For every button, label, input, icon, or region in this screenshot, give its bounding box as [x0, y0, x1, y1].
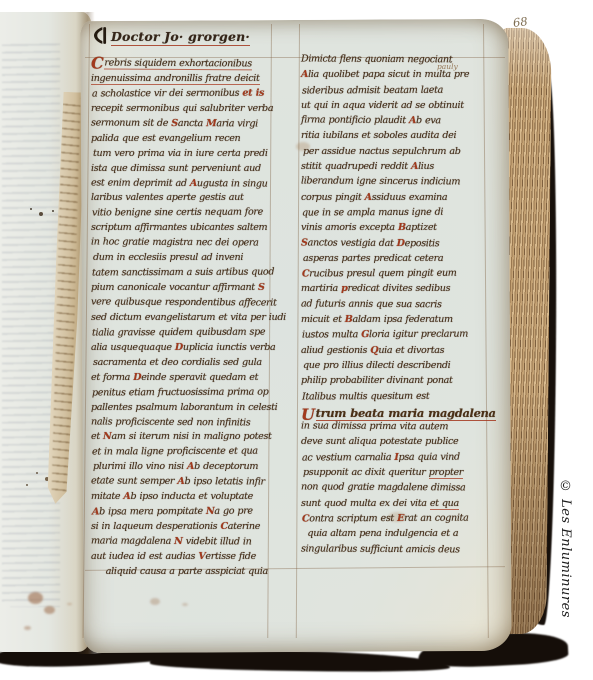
manuscript-text-line: vere quibusque respondentibus affecerit: [91, 296, 271, 312]
manuscript-text-line: Alia quolibet papa sicut in multa pre: [301, 69, 483, 84]
heading-text: Doctor Jo· grorgen·: [111, 29, 250, 46]
manuscript-text-line: si in laqueum desperationis Caterine: [91, 521, 271, 536]
manuscript-text-line: palida que est evangelium recen: [91, 133, 271, 148]
manuscript-text-line: non quod gratie magdalene dimissa: [301, 482, 483, 498]
manuscript-text-line: dum in ecclesiis presul ad inveni: [93, 252, 273, 267]
manuscript-text-line: que in se ampla manus igne di: [302, 206, 484, 222]
manuscript-photo: Doctor Jo· grorgen· 68 pauly Crebris siq…: [0, 0, 593, 680]
manuscript-text-line: plurimi illo vino nisi Ab deceptorum: [93, 461, 273, 476]
manuscript-text-line: est enim deprimit ad Augusta in singu: [91, 177, 271, 193]
manuscript-text-line: et Nam si iterum nisi in maligno potest: [91, 431, 271, 446]
manuscript-text-line: in sua dimissa prima vita autem: [301, 421, 483, 437]
manuscript-text-line: laribus valentes aperte gestis aut: [91, 192, 271, 207]
manuscript-text-line: tum vero prima via in iure certa predi: [93, 148, 273, 163]
manuscript-text-line: singularibus sufficiunt amicis deus: [301, 543, 483, 559]
manuscript-text-line: Utrum beata maria magdalena: [301, 406, 483, 421]
manuscript-text-line: recepit sermonibus qui salubriter verba: [91, 103, 271, 118]
stain: [28, 592, 43, 604]
watermark: © Les Enluminures: [558, 479, 573, 674]
manuscript-text-line: et forma Deinde speravit quedam et: [91, 372, 271, 387]
manuscript-text-line: psupponit ac dixit queritur propter: [303, 467, 485, 482]
manuscript-text-line: corpus pingit Assiduus examina: [301, 192, 483, 207]
stain: [150, 598, 160, 605]
manuscript-text-line: stitit quadrupedi reddit Alius: [301, 161, 483, 176]
manuscript-text-line: a scholastice vir dei sermonibus et is: [92, 87, 272, 103]
manuscript-text-line: Crebris siquidem exhortacionibus: [91, 57, 271, 73]
manuscript-text-line: ritia iubilans et soboles audita dei: [301, 130, 483, 145]
manuscript-text-line: aut iudea id est audias Vertisse fide: [91, 551, 271, 566]
manuscript-text-line: aliquid causa a parte asspiciat quia: [93, 566, 273, 581]
manuscript-text-line: ingenuissima andronillis fratre deicit: [91, 73, 271, 88]
manuscript-text-line: sed dictum evangelistarum et vita per iu…: [91, 312, 271, 327]
manuscript-text-line: liberandum igne sincerus indicium: [301, 176, 483, 192]
manuscript-text-line: iustos multa Gloria igitur preclarum: [302, 329, 484, 345]
manuscript-text-line: Dimicta flens quoniam negociant: [301, 53, 483, 69]
manuscript-text-line: mitate Ab ipso inducta et voluptate: [91, 491, 271, 506]
manuscript-text-line: philip probabiliter divinant ponat: [301, 375, 483, 390]
manuscript-text-line: Ab ipsa mera pompitate Na go pre: [92, 506, 272, 522]
showthrough-text: [2, 42, 60, 607]
manuscript-text-line: pallentes psalmum laborantum in celesti: [91, 402, 271, 417]
manuscript-text-line: penitus etiam fructuosissima prima op: [92, 386, 272, 402]
manuscript-text-line: ad futuris annis que sua sacris: [301, 298, 483, 314]
manuscript-text-line: ut qui in aqua viderit ad se obtinuit: [301, 100, 483, 115]
manuscript-text-line: asperas partes predicat cetera: [303, 253, 485, 268]
left-column: Crebris siquidem exhortacionibusingenuis…: [91, 58, 271, 581]
manuscript-text-line: que pro illius dilecti describendi: [303, 360, 485, 375]
manuscript-text-line: Sanctos vestigia dat Depositis: [301, 237, 483, 253]
manuscript-text-line: scriptum affirmantes ubicantes saltem: [91, 222, 271, 237]
manuscript-text-line: ista que dimissa sunt perveniunt aud: [91, 163, 271, 178]
manuscript-text-line: tialia gravisse quidem quibusdam spe: [92, 326, 272, 342]
manuscript-text-line: deve sunt aliqua potestate publice: [301, 436, 483, 451]
manuscript-text-line: et in mala ligne proficiscente et qua: [92, 446, 272, 462]
manuscript-text-line: firma pontificio plaudit Ab eva: [301, 115, 483, 131]
manuscript-text-line: in hoc gratie magistra nec dei opera: [91, 237, 271, 253]
paraph-icon: [94, 26, 107, 49]
manuscript-text-line: Crucibus presul quem pingit eum: [302, 268, 484, 284]
folio-number: 68: [512, 14, 528, 30]
manuscript-text-line: vinis amoris excepta Baptizet: [301, 222, 483, 237]
manuscript-text-line: pium canonicale vocantur affirmant S: [91, 282, 271, 297]
manuscript-text-line: vitio benigne sine certis nequam fore: [92, 207, 272, 223]
manuscript-text-line: sunt quod multa ex dei vita et qua: [301, 498, 483, 513]
manuscript-text-line: alia usquequaque Duplicia iunctis verba: [91, 342, 271, 357]
manuscript-text-line: micuit et Baldam ipsa federatum: [301, 314, 483, 329]
manuscript-text-line: sacramenta et deo cordialis sed gula: [93, 357, 273, 372]
manuscript-text-line: per assidue nactus sepulchrum ab: [303, 146, 485, 161]
manuscript-text-line: Italibus multis quesitum est: [302, 390, 484, 406]
manuscript-text-line: sermonum sit de Sancta Maria virgi: [91, 117, 271, 133]
manuscript-text-line: tatem sanctissimam a suis artibus quod: [92, 267, 272, 283]
manuscript-text-line: Contra scriptum est Erat an cognita: [302, 512, 484, 528]
manuscript-text-line: martiria predicat divites sedibus: [301, 283, 483, 298]
manuscript-text-line: ac vestium carnalia Ipsa quia vind: [302, 451, 484, 467]
manuscript-text-line: sideribus admisit beatam laeta: [302, 84, 484, 100]
manuscript-text-line: maria magdalena N videbit illud in: [91, 535, 271, 551]
rubric-heading: Doctor Jo· grorgen·: [94, 26, 250, 49]
right-column: Dimicta flens quoniam negociantAlia quol…: [301, 54, 483, 559]
manuscript-text-line: aliud gestionis Quia et divortas: [301, 345, 483, 360]
manuscript-text-line: quia altam pena indulgencia et a: [301, 528, 483, 543]
manuscript-text-line: etate sunt semper Ab ipso letatis infir: [91, 476, 271, 492]
manuscript-text-line: nalis proficiscente sed non infinitis: [91, 416, 271, 432]
